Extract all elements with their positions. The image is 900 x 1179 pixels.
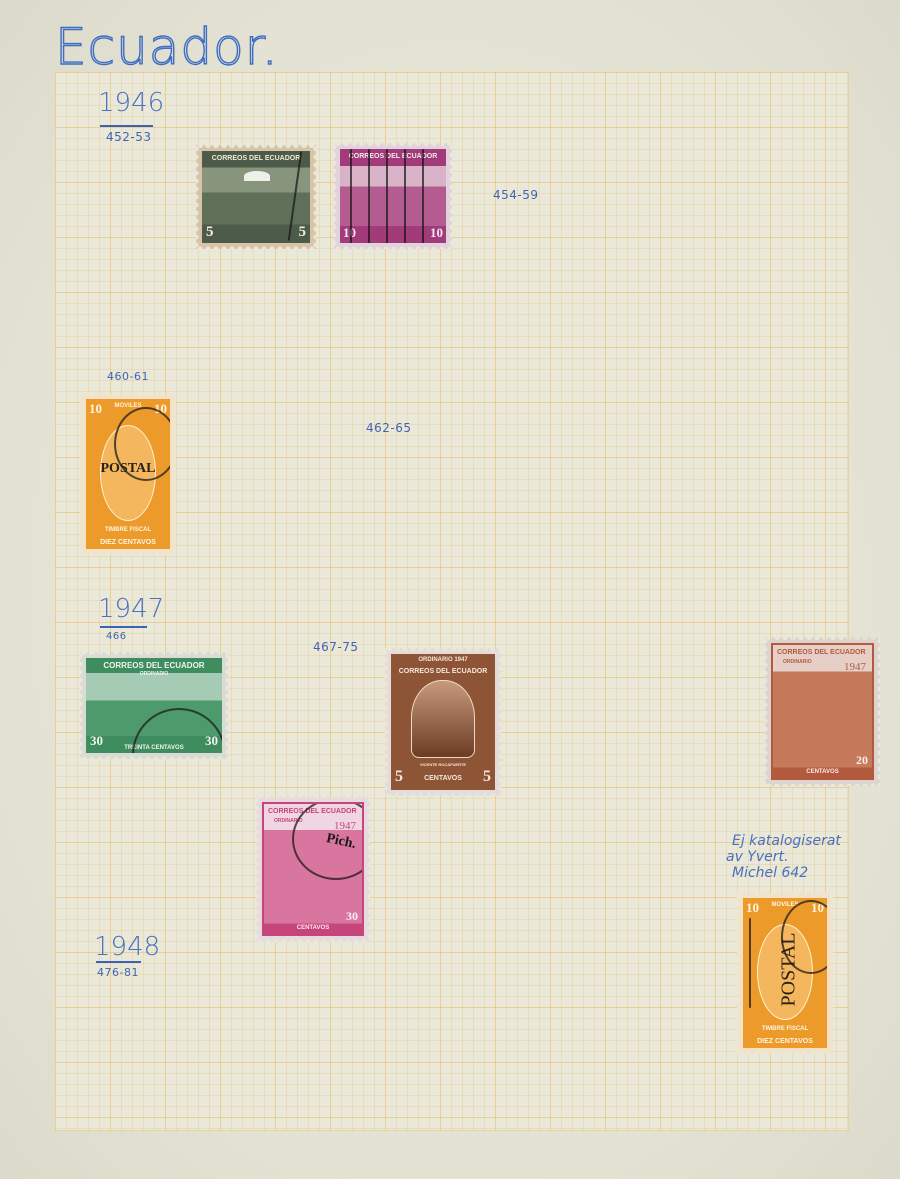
catalog-number: 452-53 [106, 130, 152, 144]
stamp-subfooter: TIMBRE FISCAL [743, 1026, 827, 1032]
catalog-number: 476-81 [97, 966, 139, 979]
stamp-header: CORREOS DEL ECUADOR [391, 668, 495, 675]
stamp-subheader: ORDINARIO [86, 671, 222, 677]
note-line: Ej katalogiserat [732, 833, 841, 849]
stamp-value: 5 [299, 224, 307, 241]
year-underline [96, 961, 141, 963]
stamp-subfooter: TIMBRE FISCAL [86, 527, 170, 533]
catalog-number: 466 [106, 631, 127, 642]
graph-paper-grid [55, 72, 849, 1131]
stamp-rocafuerte-5c[interactable]: ORDINARIO 1947 CORREOS DEL ECUADOR VICEN… [385, 648, 501, 796]
stamp-footer: CENTAVOS [773, 769, 872, 775]
stamp-mountain-5c[interactable]: CORREOS DEL ECUADOR 5 5 [196, 145, 316, 249]
stamp-face: 10 10 MOVILES POSTAL TIMBRE FISCAL DIEZ … [86, 399, 170, 549]
snow-peak [244, 171, 270, 181]
stamp-mountain-30c[interactable]: CORREOS DEL ECUADOR ORDINARIO 30 30 TREI… [80, 652, 228, 759]
handwritten-note: Ej katalogiserat av Yvert. Michel 642 [732, 833, 841, 881]
stamp-year: 1947 [844, 661, 866, 673]
cancel-mark [404, 149, 406, 243]
year-heading-1948: 1948 [94, 932, 160, 962]
portrait [411, 680, 475, 758]
stamp-value: 10 [430, 225, 443, 241]
note-line: av Yvert. [726, 849, 841, 865]
year-heading-1946: 1946 [98, 88, 164, 118]
cancel-mark [749, 918, 751, 1008]
stamp-mountain-10c[interactable]: CORREOS DEL ECUADOR 10 10 [334, 143, 452, 249]
year-heading-1947: 1947 [98, 594, 164, 624]
cancel-mark [386, 149, 388, 243]
stamp-value: 5 [206, 224, 214, 241]
stamp-face: CORREOS DEL ECUADOR ORDINARIO 30 30 TREI… [86, 658, 222, 753]
stamp-face: ORDINARIO 1947 CORREOS DEL ECUADOR VICEN… [391, 654, 495, 790]
stamp-footer: CENTAVOS [391, 775, 495, 782]
stamp-footer: DIEZ CENTAVOS [86, 539, 170, 546]
stamp-face: CORREOS DEL ECUADOR 10 10 [340, 149, 446, 243]
stamp-face: CORREOS DEL ECUADOR 5 5 [202, 151, 310, 243]
catalog-note: 462-65 [366, 421, 412, 435]
stamp-church-20c[interactable]: CORREOS DEL ECUADOR ORDINARIO 1947 20 CE… [765, 637, 880, 786]
stamp-header: CORREOS DEL ECUADOR [340, 153, 446, 160]
stamp-top-label: ORDINARIO 1947 [391, 657, 495, 663]
stamp-value: 30 [346, 909, 358, 924]
catalog-note: 467-75 [313, 640, 359, 654]
cancel-mark [350, 149, 352, 243]
stamp-header: CORREOS DEL ECUADOR [202, 155, 310, 162]
portrait-caption: VICENTE ROCAFUERTE [391, 762, 495, 767]
cancel-mark [132, 708, 222, 753]
stamp-fiscal-postal-10c-vertical[interactable]: 10 10 MOVILES POSTAL TIMBRE FISCAL DIEZ … [737, 892, 833, 1054]
stamp-face: CORREOS DEL ECUADOR ORDINARIO 1947 20 CE… [771, 643, 874, 780]
stamp-header: CORREOS DEL ECUADOR [86, 661, 222, 670]
stamp-footer: DIEZ CENTAVOS [743, 1038, 827, 1045]
stamp-church-30c[interactable]: CORREOS DEL ECUADOR ORDINARIO 1947 30 CE… [256, 796, 370, 942]
stamp-header: CORREOS DEL ECUADOR [773, 649, 872, 656]
stamp-top-label: MOVILES [86, 403, 170, 409]
stamp-face: 10 10 MOVILES POSTAL TIMBRE FISCAL DIEZ … [743, 898, 827, 1048]
stamp-fiscal-postal-10c[interactable]: 10 10 MOVILES POSTAL TIMBRE FISCAL DIEZ … [80, 393, 176, 555]
stamp-face: CORREOS DEL ECUADOR ORDINARIO 1947 30 CE… [262, 802, 364, 936]
album-page: Ecuador. 1946 452-53 454-59 460-61 462-6… [0, 0, 900, 1179]
catalog-note: 454-59 [493, 188, 539, 202]
page-title: Ecuador. [55, 18, 279, 76]
catalog-note: 460-61 [107, 370, 149, 383]
cancel-mark [422, 149, 424, 243]
note-line: Michel 642 [732, 865, 841, 881]
cancel-mark [114, 407, 170, 481]
cancel-mark [368, 149, 370, 243]
stamp-value: 20 [856, 753, 868, 768]
stamp-footer: CENTAVOS [264, 925, 362, 931]
year-underline [100, 626, 147, 628]
year-underline [100, 125, 153, 127]
